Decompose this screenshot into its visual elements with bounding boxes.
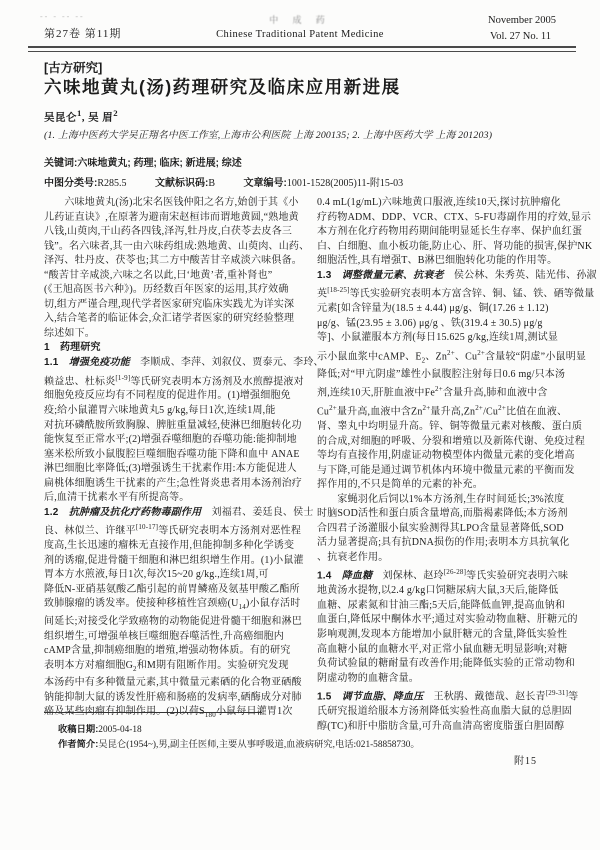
text-line: 对抗环磷酰胺所致胸腺、脾脏重量减轻,使淋巴细胞转化功 — [44, 419, 303, 434]
text-line: 1 药理研究 — [44, 341, 303, 356]
article-body: 六味地黄丸(汤)北宋名医钱仲阳之名方,始创于其《小儿药证直诀》,在原著为避南宋赵… — [44, 196, 576, 734]
text-line: 挥作用的,不只是简单的元素的补充。 — [317, 478, 576, 493]
text-line: 八钱,山萸肉,干山药各四钱,泽泻,牡丹皮,白茯苓去皮各三 — [44, 225, 303, 240]
text-line: 良、林似兰、许继平[10-17]等氏研究表明本方汤剂对恶性程 — [44, 520, 303, 539]
classification-line: 中图分类号:R285.5 文献标识码:B 文章编号:1001-1528(2005… — [44, 174, 574, 189]
text-line: 细胞活性,具有增强T、B淋巴细胞转化功能的作用等。 — [317, 254, 576, 269]
text-line: 家蝇羽化后饲以1%本方汤剂,生存时间延长;3%浓度 — [317, 493, 576, 508]
text-line: 后,血清干扰素水平有所提高等。 — [44, 491, 303, 506]
text-line: 赖益忠、杜标炎[1-9]等氏研究表明本方汤剂及水煎醇提液对 — [44, 371, 303, 390]
received-date-line: 收稿日期:2005-04-18 — [58, 721, 142, 735]
doc-code-label: 文献标识码: — [155, 178, 208, 189]
doc-code: B — [208, 178, 215, 189]
text-line: Cu2+量升高,血液中含Zn2+量升高,Zn2+/Cu2+比值在血液、 — [317, 401, 576, 420]
text-line: 、抗衰老作用。 — [317, 551, 576, 566]
text-line: 胃本方水煎液,每日1次,每次15~20 g/kg.,连续1周,可 — [44, 568, 303, 583]
text-line: 负荷试验鼠的糖耐量有改善作用;能降低实验的正常动物和 — [317, 657, 576, 672]
text-line: 淋巴细胞比率降低;(3)增强诱生干扰素作用:本方能促进人 — [44, 462, 303, 477]
text-line: 扁桃体细胞诱生干扰素的产生;急性肾炎患者用本汤剂治疗 — [44, 477, 303, 492]
text-line: 1.5 调节血脂、降血压 王秋鹃、戴德哉、赵长青[29-31]等 — [317, 686, 576, 705]
text-line: 等]、小鼠灌服本方剂(每日15.625 g/kg,连续1周,测试显 — [317, 331, 576, 346]
text-line: 醇(TC)和肝中脂肪含量,可升高血清高密度脂蛋白胆固醇 — [317, 720, 576, 735]
clc-number: R285.5 — [97, 178, 126, 189]
text-line: 切,组方严谨合理,现代学者医家研究临床实践尤为详实深 — [44, 298, 303, 313]
text-line: 降低;对“甲亢阴虚”雄性小鼠腹腔注射每日0.6 mg/只本汤 — [317, 368, 576, 383]
text-line: 入,结合笔者的临证体会,众汇诸学者医家的研究经验整理 — [44, 312, 303, 327]
text-line: 血糖、尿素氮和甘油三酯;5天后,能降低血钾,提高血钠和 — [317, 599, 576, 614]
header-double-rule — [28, 46, 576, 52]
article-title: 六味地黄丸(汤)药理研究及临床应用新进展 — [44, 74, 401, 99]
text-line: 氏研究报道给服本方汤剂降低实验性高血脂大鼠的总胆固 — [317, 705, 576, 720]
text-line: 示小鼠血浆中cAMP、E2、Zn2+、Cu2+含量较“阴虚”小鼠明显 — [317, 346, 576, 368]
text-line: 钠能抑制大鼠的诱发性肝癌和肠癌的发病率,硒酶成分对肺 — [44, 691, 303, 706]
article-id-label: 文章编号: — [244, 178, 287, 189]
clc-label: 中图分类号: — [44, 178, 97, 189]
text-line: 1.1 增强免疫功能 李顺成、李萍、刘叙仪、贾泰元、李玲、 — [44, 356, 303, 371]
text-line: (《王旭高医书六种》)。历经数百年医家的运用,其疗效确 — [44, 283, 303, 298]
text-line: cAMP含量,抑制癌细胞的增殖,增强动物体质。有的研究 — [44, 644, 303, 659]
text-line: 高血糖小鼠的血糖水平,对正常小鼠血糖无明显影响;对糖 — [317, 643, 576, 658]
text-line: 元素[如含锌量为(18.5 ± 4.44) μg/g、铜(17.26 ± 1.1… — [317, 302, 576, 317]
body-left-column: 六味地黄丸(汤)北宋名医钱仲阳之名方,始创于其《小儿药证直诀》,在原著为避南宋赵… — [44, 196, 303, 734]
text-line: 阴虚动物的血糖含量。 — [317, 672, 576, 687]
text-line: 血蛋白,降低尿中酮体水平;通过对实验动物血糖、肝糖元的 — [317, 613, 576, 628]
text-line: 儿药证直诀》,在原著为避南宋赵桓讳而谓地黄圆,“熟地黄 — [44, 211, 303, 226]
text-line: 疗药物ADM、DDP、VCR、CTX、5-FU毒副作用的疗效,显示 — [317, 211, 576, 226]
footnote-rule — [44, 712, 262, 713]
text-line: 剂,连续10天,肝脏血液中Fe2+含量升高,肺和血液中含 — [317, 382, 576, 401]
text-line: 六味地黄丸(汤)北宋名医钱仲阳之名方,始创于其《小 — [44, 196, 303, 211]
text-line: 塞米松所致小鼠腹腔巨噬细胞吞噬功能下降和血中 ANAE — [44, 448, 303, 463]
text-line: “酸苦甘辛咸淡,六味之名以此,曰‘地黄’者,重补肾也” — [44, 269, 303, 284]
received-label: 收稿日期: — [58, 724, 98, 734]
journal-page: -- - -- -- 第27卷 第11期 中 成 药 Chinese Tradi… — [0, 0, 600, 850]
text-line: 综述如下。 — [44, 327, 303, 342]
text-line: 能恢复至正常水平;(2)增强吞噬细胞的吞噬功能:能抑制地 — [44, 433, 303, 448]
text-line: 合四君子汤灌服小鼠实验测得其LPO含量显著降低,SOD — [317, 522, 576, 537]
text-line: 表明本方对瘤细胞G2和M期有阻断作用。实验研究发现 — [44, 659, 303, 677]
page-number: 附15 — [514, 752, 537, 767]
author-bio-line: 作者简介:吴昆仑(1954~),男,副主任医师,主要从事呼吸道,血液病研究,电话… — [58, 736, 420, 750]
text-line: 本方剂在化疗药物用药期间能明显延长生存率、保护血红蛋 — [317, 225, 576, 240]
text-line: 细胞免疫反应均有不同程度的促进作用。(1)增强细胞免 — [44, 389, 303, 404]
text-line: 英[18-25]等氏实验研究表明本方富含锌、铜、锰、铁、硒等微量 — [317, 283, 576, 302]
text-line: μg/g、锰(23.95 ± 3.06) μg/g 、铁(319.4 ± 30.… — [317, 317, 576, 332]
received-date: 2005-04-18 — [98, 725, 141, 735]
text-line: 肾、睾丸中均明显升高。锌、铜等微量元素对核酸、蛋白质 — [317, 420, 576, 435]
text-line: 地黄汤水提物,以2.4 g/kg口饲糖尿病大鼠,3天后,能降低 — [317, 584, 576, 599]
text-line: 间延长;对接受化学致癌物的动物能促进骨髓干细胞和淋巴 — [44, 615, 303, 630]
text-line: 影响观测,发现本方能增加小鼠肝糖元的含量,降低实验性 — [317, 628, 576, 643]
text-line: 1.4 降血糖 刘保林、赵玲[26-28]等氏实验研究表明六味 — [317, 565, 576, 584]
text-line: 组织增生,可增强单核巨噬细胞吞噬活性,升高癌细胞内 — [44, 630, 303, 645]
text-line: 1.2 抗肿瘤及抗化疗药物毒副作用 刘福君、姜廷良、侯士 — [44, 506, 303, 521]
text-line: 本汤药中有多种微量元素,其中微量元素硒的化合物亚硒酸 — [44, 676, 303, 691]
author-bio: 吴昆仑(1954~),男,副主任医师,主要从事呼吸道,血液病研究,电话:021-… — [98, 740, 419, 750]
journal-vol-no: Vol. 27 No. 11 — [490, 31, 551, 42]
bio-label: 作者简介: — [58, 739, 98, 749]
text-line: 白、白细胞、血小板功能,防止心、肝、肾功能的损害,保护NK — [317, 240, 576, 255]
affiliation: (1. 上海中医药大学吴正翔名中医工作室,上海市公利医院 上海 200135; … — [44, 127, 492, 141]
article-id: 1001-1528(2005)11-附15-03 — [287, 178, 403, 189]
text-line: 剂的诱瘤,促进骨髓干细胞和淋巴组织增生作用。(1)小鼠灌 — [44, 554, 303, 569]
text-line: 致肺腺瘤的诱发率。使接种移植性宫颈癌(U14)小鼠存活时 — [44, 597, 303, 615]
text-line: 疫;给小鼠灌胃六味地黄丸5 g/kg,每日1次,连续1周,能 — [44, 404, 303, 419]
text-line: 泽泻、牡丹皮、茯苓也;其二方中酸苦甘辛咸淡六味俱备。 — [44, 254, 303, 269]
text-line: 0.4 mL(1g/mL)六味地黄口服液,连续10天,探讨抗肿瘤化 — [317, 196, 576, 211]
text-line: 等均有直接作用,阴虚证动物模型体内微量元素的变化增高 — [317, 449, 576, 464]
text-line: 度高,生长迅速的瘤株无直接作用,但能抑制多种化学诱变 — [44, 539, 303, 554]
text-line: 降低N-亚硝基氨酸乙酯引起的前胃鳞癌及氨基甲酸乙酯所 — [44, 583, 303, 598]
body-right-column: 0.4 mL(1g/mL)六味地黄口服液,连续10天,探讨抗肿瘤化疗药物ADM、… — [317, 196, 576, 734]
text-line: 钱”。名六味者,其一由六味药组成:熟地黄、山萸肉、山药、 — [44, 240, 303, 255]
text-line: 与下降,可能是通过调节机体内环境中微量元素的平衡而发 — [317, 464, 576, 479]
text-line: 的合成,对细胞的呼吸、分裂和增殖以及新陈代谢、免疫过程 — [317, 435, 576, 450]
text-line: 活力显著提高;具有抗DNA损伤的作用;表明本方具抗氧化 — [317, 536, 576, 551]
keywords-line: 关键词:六味地黄丸; 药理; 临床; 新进展; 综述 — [44, 154, 242, 169]
text-line: 1.3 调整微量元素、抗衰老 侯公林、朱秀英、陆光伟、孙淑 — [317, 269, 576, 284]
authors: 吴昆仑1, 吴 眉2 — [44, 108, 118, 125]
text-line: 时脑SOD活性和蛋白质含量增高,而脂褐素降低;本方汤剂 — [317, 507, 576, 522]
journal-date: November 2005 — [488, 15, 556, 26]
